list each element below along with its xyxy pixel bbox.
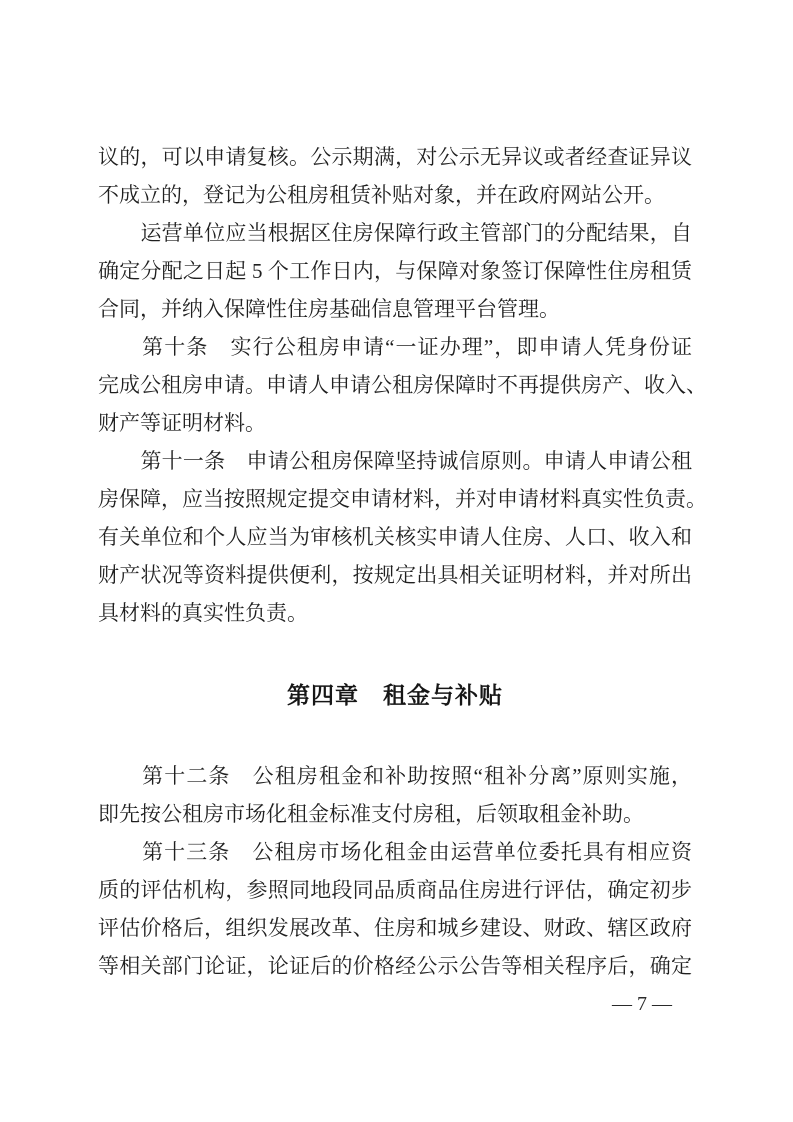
page-number: — 7 — (98, 985, 692, 1023)
paragraphs-top: 议的，可以申请复核。公示期满，对公示无异议或者经查证异议不成立的，登记为公租房租… (98, 138, 692, 632)
body-line: 质的评估机构，参照同地段同品质商品住房进行评估，确定初步 (98, 871, 692, 909)
body-line: 合同，并纳入保障性住房基础信息管理平台管理。 (98, 290, 692, 328)
body-line: 运营单位应当根据区住房保障行政主管部门的分配结果，自 (98, 214, 692, 252)
document-page: 议的，可以申请复核。公示期满，对公示无异议或者经查证异议不成立的，登记为公租房租… (0, 0, 793, 1122)
chapter-heading: 第四章 租金与补贴 (98, 676, 692, 714)
body-line: 第十二条 公租房租金和补助按照“租补分离”原则实施， (98, 757, 692, 795)
body-line: 评估价格后，组织发展改革、住房和城乡建设、财政、辖区政府 (98, 909, 692, 947)
body-line: 等相关部门论证，论证后的价格经公示公告等相关程序后，确定 (98, 947, 692, 985)
body-line: 第十三条 公租房市场化租金由运营单位委托具有相应资 (98, 833, 692, 871)
body-line: 有关单位和个人应当为审核机关核实申请人住房、人口、收入和 (98, 518, 692, 556)
document-body: 议的，可以申请复核。公示期满，对公示无异议或者经查证异议不成立的，登记为公租房租… (98, 138, 692, 1023)
body-line: 确定分配之日起 5 个工作日内，与保障对象签订保障性住房租赁 (98, 252, 692, 290)
body-line: 第十一条 申请公租房保障坚持诚信原则。申请人申请公租 (98, 442, 692, 480)
body-line: 即先按公租房市场化租金标准支付房租，后领取租金补助。 (98, 795, 692, 833)
body-line: 不成立的，登记为公租房租赁补贴对象，并在政府网站公开。 (98, 176, 692, 214)
body-line: 房保障，应当按照规定提交申请材料，并对申请材料真实性负责。 (98, 480, 692, 518)
body-line: 议的，可以申请复核。公示期满，对公示无异议或者经查证异议 (98, 138, 692, 176)
paragraphs-bottom: 第十二条 公租房租金和补助按照“租补分离”原则实施，即先按公租房市场化租金标准支… (98, 757, 692, 985)
body-line: 财产状况等资料提供便利，按规定出具相关证明材料，并对所出 (98, 556, 692, 594)
body-line: 第十条 实行公租房申请“一证办理”，即申请人凭身份证 (98, 328, 692, 366)
body-line: 具材料的真实性负责。 (98, 594, 692, 632)
body-line: 财产等证明材料。 (98, 404, 692, 442)
body-line: 完成公租房申请。申请人申请公租房保障时不再提供房产、收入、 (98, 366, 692, 404)
